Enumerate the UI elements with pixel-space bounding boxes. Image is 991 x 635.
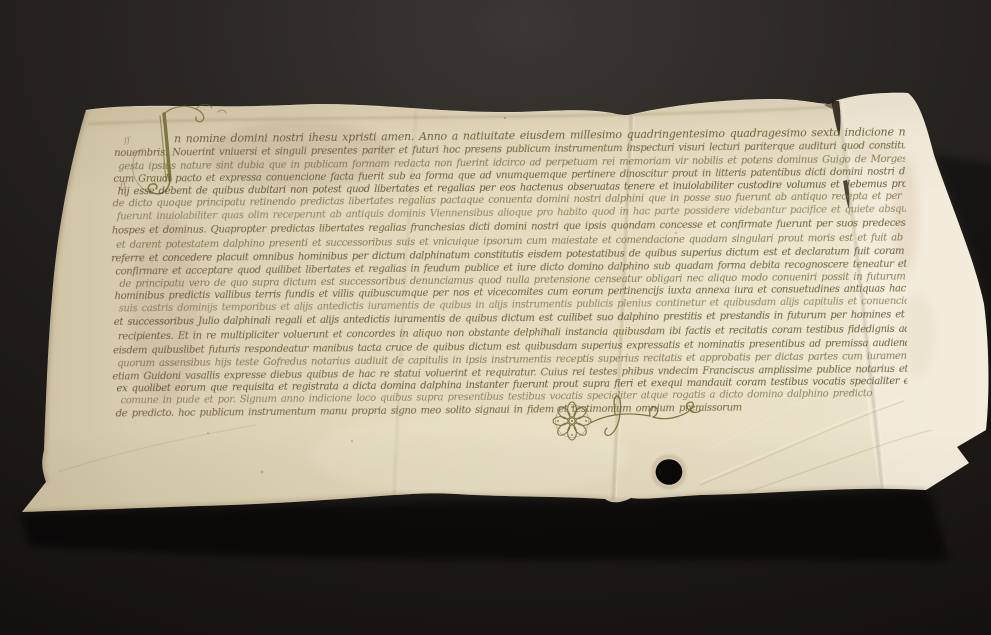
manuscript-text: n nomine domini nostri ihesu xpristi ame… [110,125,908,422]
margin-mark: ſſ [120,181,127,191]
worm-hole [654,457,685,488]
photo-backdrop: n nomine domini nostri ihesu xpristi ame… [0,0,991,635]
margin-mark: ſſ [124,136,131,146]
manuscript-lines: n nomine domini nostri ihesu xpristi ame… [110,125,908,422]
